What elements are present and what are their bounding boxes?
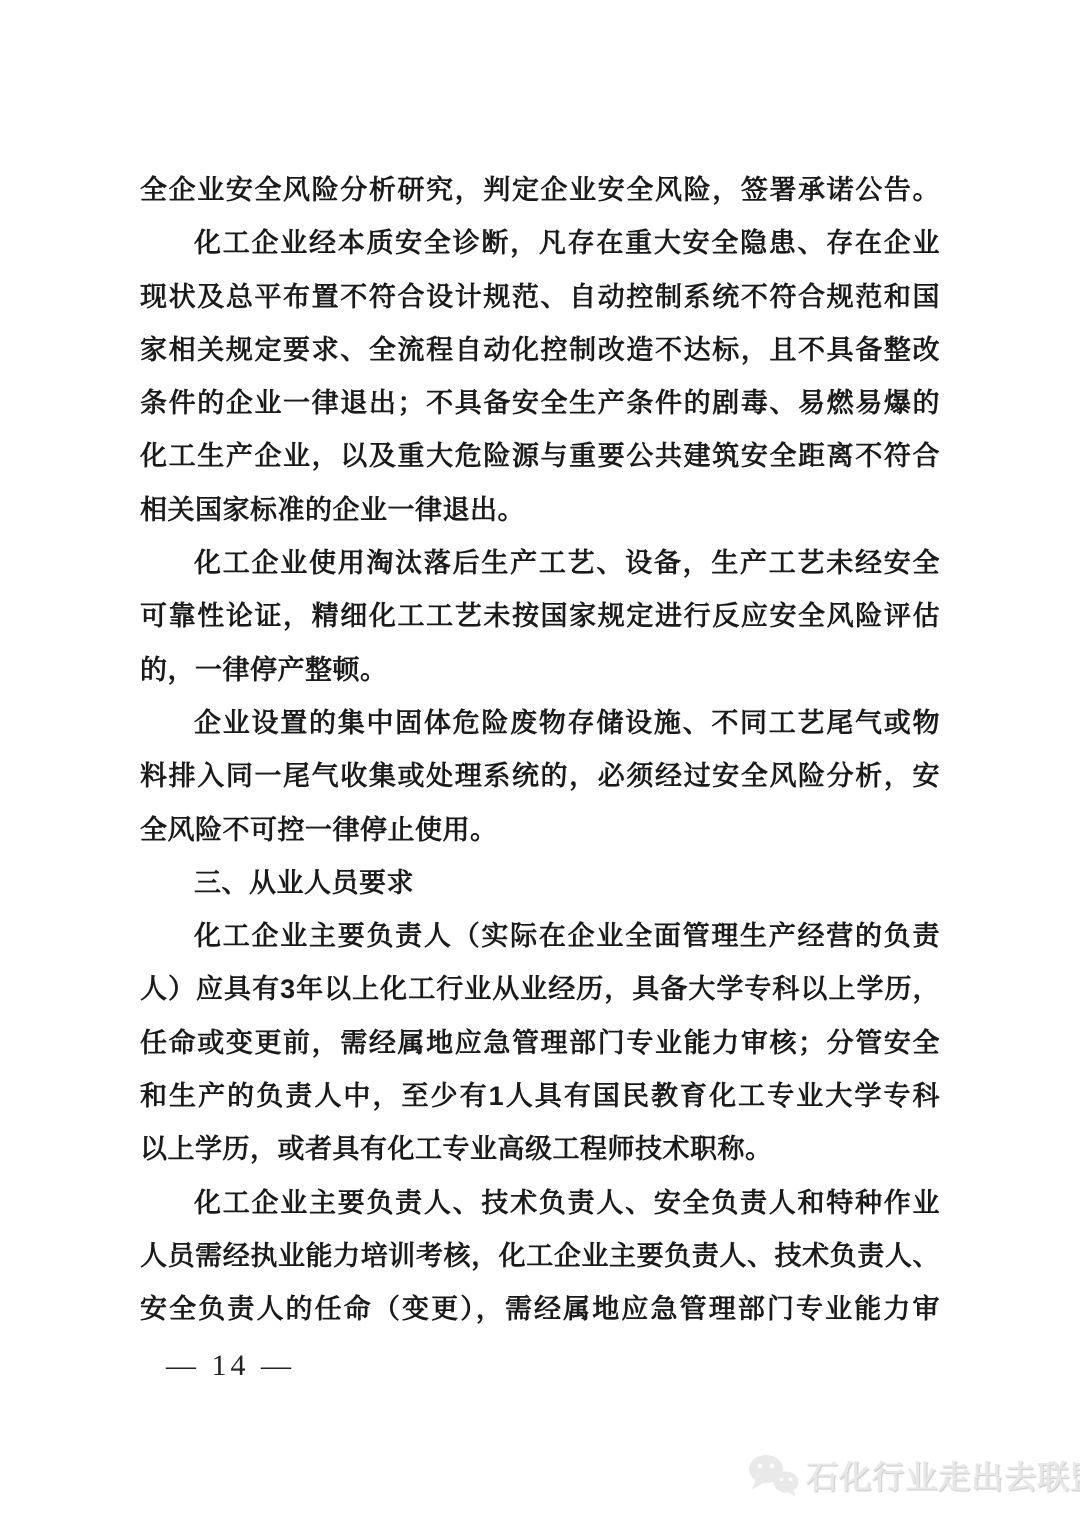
text-line: 人员需经执业能力培训考核，化工企业主要负责人、技术负责人、 bbox=[140, 1230, 940, 1283]
text-line: 化工企业主要负责人、技术负责人、安全负责人和特种作业 bbox=[140, 1177, 940, 1230]
watermark-text: 石化行业走出去联盟 bbox=[806, 1452, 1080, 1498]
text-line: 以上学历，或者具有化工专业高级工程师技术职称。 bbox=[140, 1123, 940, 1176]
text-line: 企业设置的集中固体危险废物存储设施、不同工艺尾气或物 bbox=[140, 697, 940, 750]
text-line: 全风险不可控一律停止使用。 bbox=[140, 804, 940, 857]
text-line: 条件的企业一律退出；不具备安全生产条件的剧毒、易燃易爆的 bbox=[140, 377, 940, 430]
text-line: 化工企业经本质安全诊断，凡存在重大安全隐患、存在企业 bbox=[140, 217, 940, 270]
text-line: 人）应具有3年以上化工行业从业经历，具备大学专科以上学历， bbox=[140, 963, 940, 1016]
text-line: 相关国家标准的企业一律退出。 bbox=[140, 484, 940, 537]
text-line: 化工企业主要负责人（实际在企业全面管理生产经营的负责 bbox=[140, 910, 940, 963]
section-heading: 三、从业人员要求 bbox=[140, 857, 940, 910]
watermark: 石化行业走出去联盟 bbox=[746, 1452, 1080, 1498]
text-line: 化工生产企业，以及重大危险源与重要公共建筑安全距离不符合 bbox=[140, 430, 940, 483]
text-line: 全企业安全风险分析研究，判定企业安全风险，签署承诺公告。 bbox=[140, 164, 940, 217]
text-line: 和生产的负责人中，至少有1人具有国民教育化工专业大学专科 bbox=[140, 1070, 940, 1123]
text-line: 化工企业使用淘汰落后生产工艺、设备，生产工艺未经安全 bbox=[140, 537, 940, 590]
document-page: 全企业安全风险分析研究，判定企业安全风险，签署承诺公告。 化工企业经本质安全诊断… bbox=[0, 0, 1080, 1527]
text-line: 安全负责人的任命（变更），需经属地应急管理部门专业能力审 bbox=[140, 1283, 940, 1336]
text-line: 料排入同一尾气收集或处理系统的，必须经过安全风险分析，安 bbox=[140, 750, 940, 803]
text-line: 家相关规定要求、全流程自动化控制改造不达标，且不具备整改 bbox=[140, 324, 940, 377]
text-line: 现状及总平布置不符合设计规范、自动控制系统不符合规范和国 bbox=[140, 271, 940, 324]
page-number: — 14 — bbox=[166, 1349, 295, 1383]
document-body-text: 全企业安全风险分析研究，判定企业安全风险，签署承诺公告。 化工企业经本质安全诊断… bbox=[140, 164, 940, 1337]
text-line: 任命或变更前，需经属地应急管理部门专业能力审核；分管安全 bbox=[140, 1017, 940, 1070]
text-line: 可靠性论证，精细化工工艺未按国家规定进行反应安全风险评估 bbox=[140, 590, 940, 643]
wechat-icon bbox=[746, 1452, 800, 1498]
text-line: 的，一律停产整顿。 bbox=[140, 644, 940, 697]
